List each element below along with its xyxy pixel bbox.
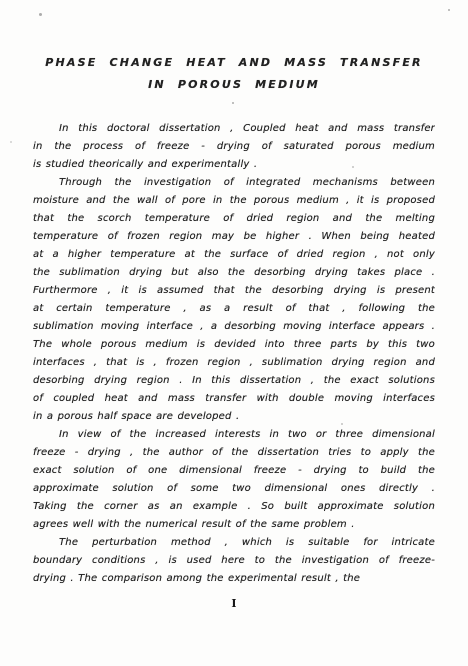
document-title: PHASE CHANGE HEAT AND MASS TRANSFER IN P… <box>0 52 468 96</box>
text-line: Taking the corner as an example . So bui… <box>33 498 435 516</box>
title-line-1: PHASE CHANGE HEAT AND MASS TRANSFER <box>0 52 468 74</box>
text-line: interfaces , that is , frozen region , s… <box>33 354 435 372</box>
text-line: that the scorch temperature of dried reg… <box>33 210 435 228</box>
text-line: desorbing drying region . In this disser… <box>33 372 435 390</box>
text-line: the sublimation drying but also the deso… <box>33 264 435 282</box>
text-line: of coupled heat and mass transfer with d… <box>33 390 435 408</box>
text-line: in a porous half space are developed . <box>33 408 435 426</box>
text-line: at certain temperature , as a result of … <box>33 300 435 318</box>
scan-speckle <box>352 166 354 168</box>
text-line: boundary conditions , is used here to th… <box>33 552 435 570</box>
document-page: PHASE CHANGE HEAT AND MASS TRANSFER IN P… <box>0 0 468 666</box>
text-line: Furthermore , it is assumed that the des… <box>33 282 435 300</box>
text-line: at a higher temperature at the surface o… <box>33 246 435 264</box>
text-line: In view of the increased interests in tw… <box>33 426 435 444</box>
text-line: The perturbation method , which is suita… <box>33 534 435 552</box>
text-line: in the process of freeze - drying of sat… <box>33 138 435 156</box>
text-line: moisture and the wall of pore in the por… <box>33 192 435 210</box>
text-line: temperature of frozen region may be high… <box>33 228 435 246</box>
text-line: exact solution of one dimensional freeze… <box>33 462 435 480</box>
text-line: freeze - drying , the author of the diss… <box>33 444 435 462</box>
scan-speckle <box>39 13 42 16</box>
text-line: approximate solution of some two dimensi… <box>33 480 435 498</box>
text-line: agrees well with the numerical result of… <box>33 516 435 534</box>
page-number: I <box>0 597 468 610</box>
scan-speckle <box>232 102 234 104</box>
text-line: The whole porous medium is devided into … <box>33 336 435 354</box>
scan-speckle <box>341 423 343 425</box>
text-line: In this doctoral dissertation , Coupled … <box>33 120 435 138</box>
text-line: drying . The comparison among the experi… <box>33 570 435 588</box>
scan-speckle <box>448 9 450 11</box>
text-line: is studied theorically and experimentall… <box>33 156 435 174</box>
title-line-2: IN POROUS MEDIUM <box>0 74 468 96</box>
text-line: Through the investigation of integrated … <box>33 174 435 192</box>
text-line: sublimation moving interface , a desorbi… <box>33 318 435 336</box>
paragraphs: In this doctoral dissertation , Coupled … <box>33 120 435 588</box>
scan-speckle <box>10 141 12 143</box>
